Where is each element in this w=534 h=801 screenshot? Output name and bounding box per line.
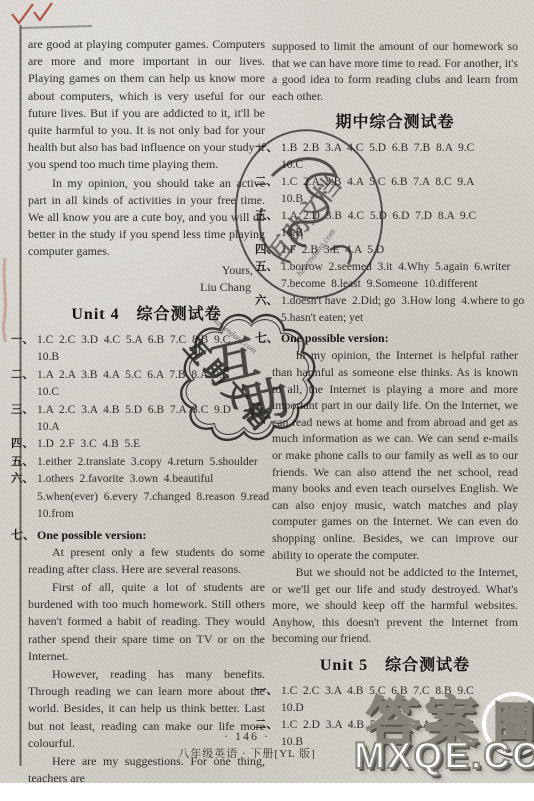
row-answers: 1.either 2.translate 3.copy 4.return 5.s…	[37, 456, 258, 468]
writing-section-line: 七、One possible version:	[11, 526, 265, 544]
row-answers: 1.borrow 2.seemed 3.it 4.Why 5.again 6.w…	[281, 261, 510, 273]
row-answers: 10.B	[37, 351, 59, 363]
row-answers: 1.B 2.B 3.A 4.C 5.D 6.B 7.B 8.A 9.C	[281, 142, 474, 154]
row-answers: 1.D 2.F 3.C 4.B 5.E	[37, 438, 140, 450]
essay-paragraph: First of all, quite a lot of students ar…	[28, 579, 265, 665]
answer-row: 10.B	[255, 225, 518, 242]
answer-row: 一、1.C 2.C 3.D 4.C 5.A 6.B 7.C 8.B 9.C	[11, 332, 265, 349]
row-marker: 三、	[255, 208, 281, 225]
row-marker: 三、	[11, 402, 37, 419]
answer-row: 三、1.A 2.C 3.A 4.B 5.D 6.B 7.A 8.C 9.D	[11, 402, 265, 419]
essay-continuation: supposed to limit the amount of our home…	[272, 38, 518, 104]
answer-row: 5.when(ever) 6.every 7.changed 8.reason …	[11, 489, 265, 506]
row-marker: 二、	[11, 367, 37, 384]
row-answers: 10.B	[281, 227, 303, 239]
row-answers: 7.become 8.least 9.Someone 10.different	[281, 278, 478, 290]
row-marker: 四、	[11, 436, 37, 453]
essay-paragraph: At present only a few students do some r…	[28, 544, 265, 578]
row-answers: 1.C 2.A 3.B 4.A 5.C 6.B 7.A 8.C 9.A	[281, 176, 474, 188]
row-answers: 10.C	[37, 386, 59, 398]
answer-row: 10.from	[11, 506, 265, 523]
row-answers: 5.when(ever) 6.every 7.changed 8.reason …	[37, 491, 269, 503]
left-column: are good at playing computer games. Comp…	[28, 36, 265, 788]
midterm-answers: 一、1.B 2.B 3.A 4.C 5.D 6.B 7.B 8.A 9.C 10…	[272, 140, 518, 327]
mxqe-watermark: MXQE.COM	[354, 735, 534, 777]
row-answers: 1.C 2.C 3.D 4.C 5.A 6.B 7.C 8.B 9.C	[37, 334, 230, 346]
section-title-unit5: Unit 5 综合测试卷	[272, 656, 518, 676]
row-answers: 1.A 2.A 3.B 4.A 5.C 6.A 7.B 8.A 9.C	[37, 369, 230, 381]
row-answers: 1.A 2.C 3.A 4.B 5.D 6.B 7.A 8.C 9.D	[37, 404, 231, 416]
signature-yours: Yours,	[28, 262, 253, 279]
midterm-model-essay: In my opinion, the Internet is helpful r…	[272, 347, 518, 647]
answer-row: 二、1.C 2.A 3.B 4.A 5.C 6.B 7.A 8.C 9.A	[255, 174, 518, 191]
answer-row: 二、1.A 2.A 3.B 4.A 5.C 6.A 7.B 8.A 9.C	[11, 367, 265, 384]
possible-version-label: One possible version:	[37, 528, 146, 542]
row-answers: 10.from	[37, 508, 74, 520]
row-marker: 七、	[11, 526, 37, 544]
row-answers: 10.D	[281, 702, 304, 714]
essay-continuation: are good at playing computer games. Comp…	[28, 36, 265, 261]
row-answers: 1.others 2.favorite 3.own 4.beautiful	[37, 473, 213, 485]
essay-paragraph: In my opinion, the Internet is helpful r…	[272, 347, 518, 563]
answer-row: 10.B	[11, 349, 265, 366]
answer-row: 六、1.doesn't have 2.Did; go 3.How long 4.…	[255, 293, 518, 310]
row-marker: 六、	[255, 293, 281, 310]
answer-row: 10.C	[255, 157, 518, 174]
row-marker: 五、	[11, 454, 37, 471]
possible-version-label: One possible version:	[281, 331, 389, 345]
section-title-midterm: 期中综合测试卷	[272, 113, 518, 133]
writing-section-line: 七、One possible version:	[255, 329, 518, 347]
answer-row: 5.hasn't eaten; yet	[255, 310, 518, 327]
answer-row: 五、1.either 2.translate 3.copy 4.return 5…	[11, 454, 265, 471]
essay-paragraph: supposed to limit the amount of our home…	[272, 38, 518, 104]
answer-row: 六、1.others 2.favorite 3.own 4.beautiful	[11, 471, 265, 488]
row-answers: 1.A 2.D 3.B 4.C 5.D 6.D 7.D 8.A 9.C	[281, 210, 476, 222]
row-marker: 五、	[255, 259, 281, 276]
answer-row: 10.C	[11, 384, 265, 401]
right-column: supposed to limit the amount of our home…	[272, 38, 518, 753]
signature-block: Yours, Liu Chang	[28, 262, 265, 296]
essay-paragraph: But we should not be addicted to the Int…	[272, 564, 518, 647]
essay-paragraph: are good at playing computer games. Comp…	[28, 36, 265, 174]
answer-row: 四、1.F 2.B 3.E 4.A 5.D	[255, 242, 518, 259]
row-marker: 一、	[11, 332, 37, 349]
row-answers: 10.A	[37, 421, 60, 433]
signature-name: Liu Chang	[28, 279, 253, 296]
row-marker: 六、	[11, 471, 37, 488]
row-marker: 一、	[255, 140, 281, 157]
essay-paragraph: In my opinion, you should take an active…	[28, 175, 265, 261]
answer-row: 三、1.A 2.D 3.B 4.C 5.D 6.D 7.D 8.A 9.C	[255, 208, 518, 225]
row-marker: 二、	[255, 174, 281, 191]
answer-row: 五、1.borrow 2.seemed 3.it 4.Why 5.again 6…	[255, 259, 518, 276]
row-marker: 七、	[255, 329, 281, 347]
scanned-answer-page: { "colors": { "paper": "#d4d1ca", "ink":…	[0, 0, 534, 801]
row-answers: 1.doesn't have 2.Did; go 3.How long 4.wh…	[281, 295, 524, 307]
row-marker: 一、	[255, 683, 281, 700]
answer-row: 一、1.B 2.B 3.A 4.C 5.D 6.B 7.B 8.A 9.C	[255, 140, 518, 157]
section-title-unit4: Unit 4 综合测试卷	[28, 305, 265, 325]
answer-row: 7.become 8.least 9.Someone 10.different	[255, 276, 518, 293]
row-answers: 1.F 2.B 3.E 4.A 5.D	[281, 244, 384, 256]
row-answers: 10.B	[281, 193, 303, 205]
row-answers: 5.hasn't eaten; yet	[281, 312, 363, 324]
answer-row: 10.A	[11, 419, 265, 436]
answer-row: 10.B	[255, 191, 518, 208]
row-answers: 10.C	[281, 159, 303, 171]
answer-row: 四、1.D 2.F 3.C 4.B 5.E	[11, 436, 265, 453]
unit4-answers: 一、1.C 2.C 3.D 4.C 5.A 6.B 7.C 8.B 9.C 10…	[28, 332, 265, 523]
row-marker: 四、	[255, 242, 281, 259]
